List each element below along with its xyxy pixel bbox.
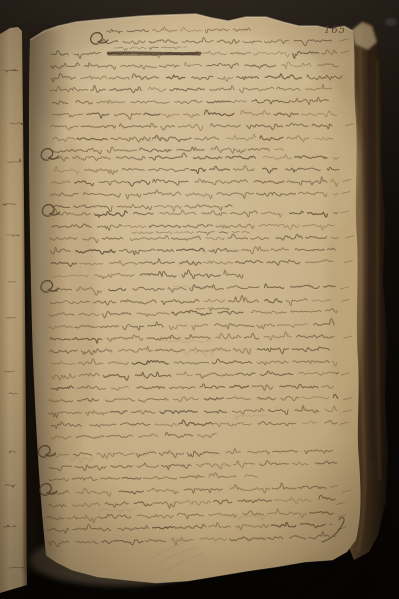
manuscript-photograph: 165	[0, 0, 399, 599]
manuscript-scene: 165	[0, 0, 399, 599]
vignette	[0, 0, 399, 599]
